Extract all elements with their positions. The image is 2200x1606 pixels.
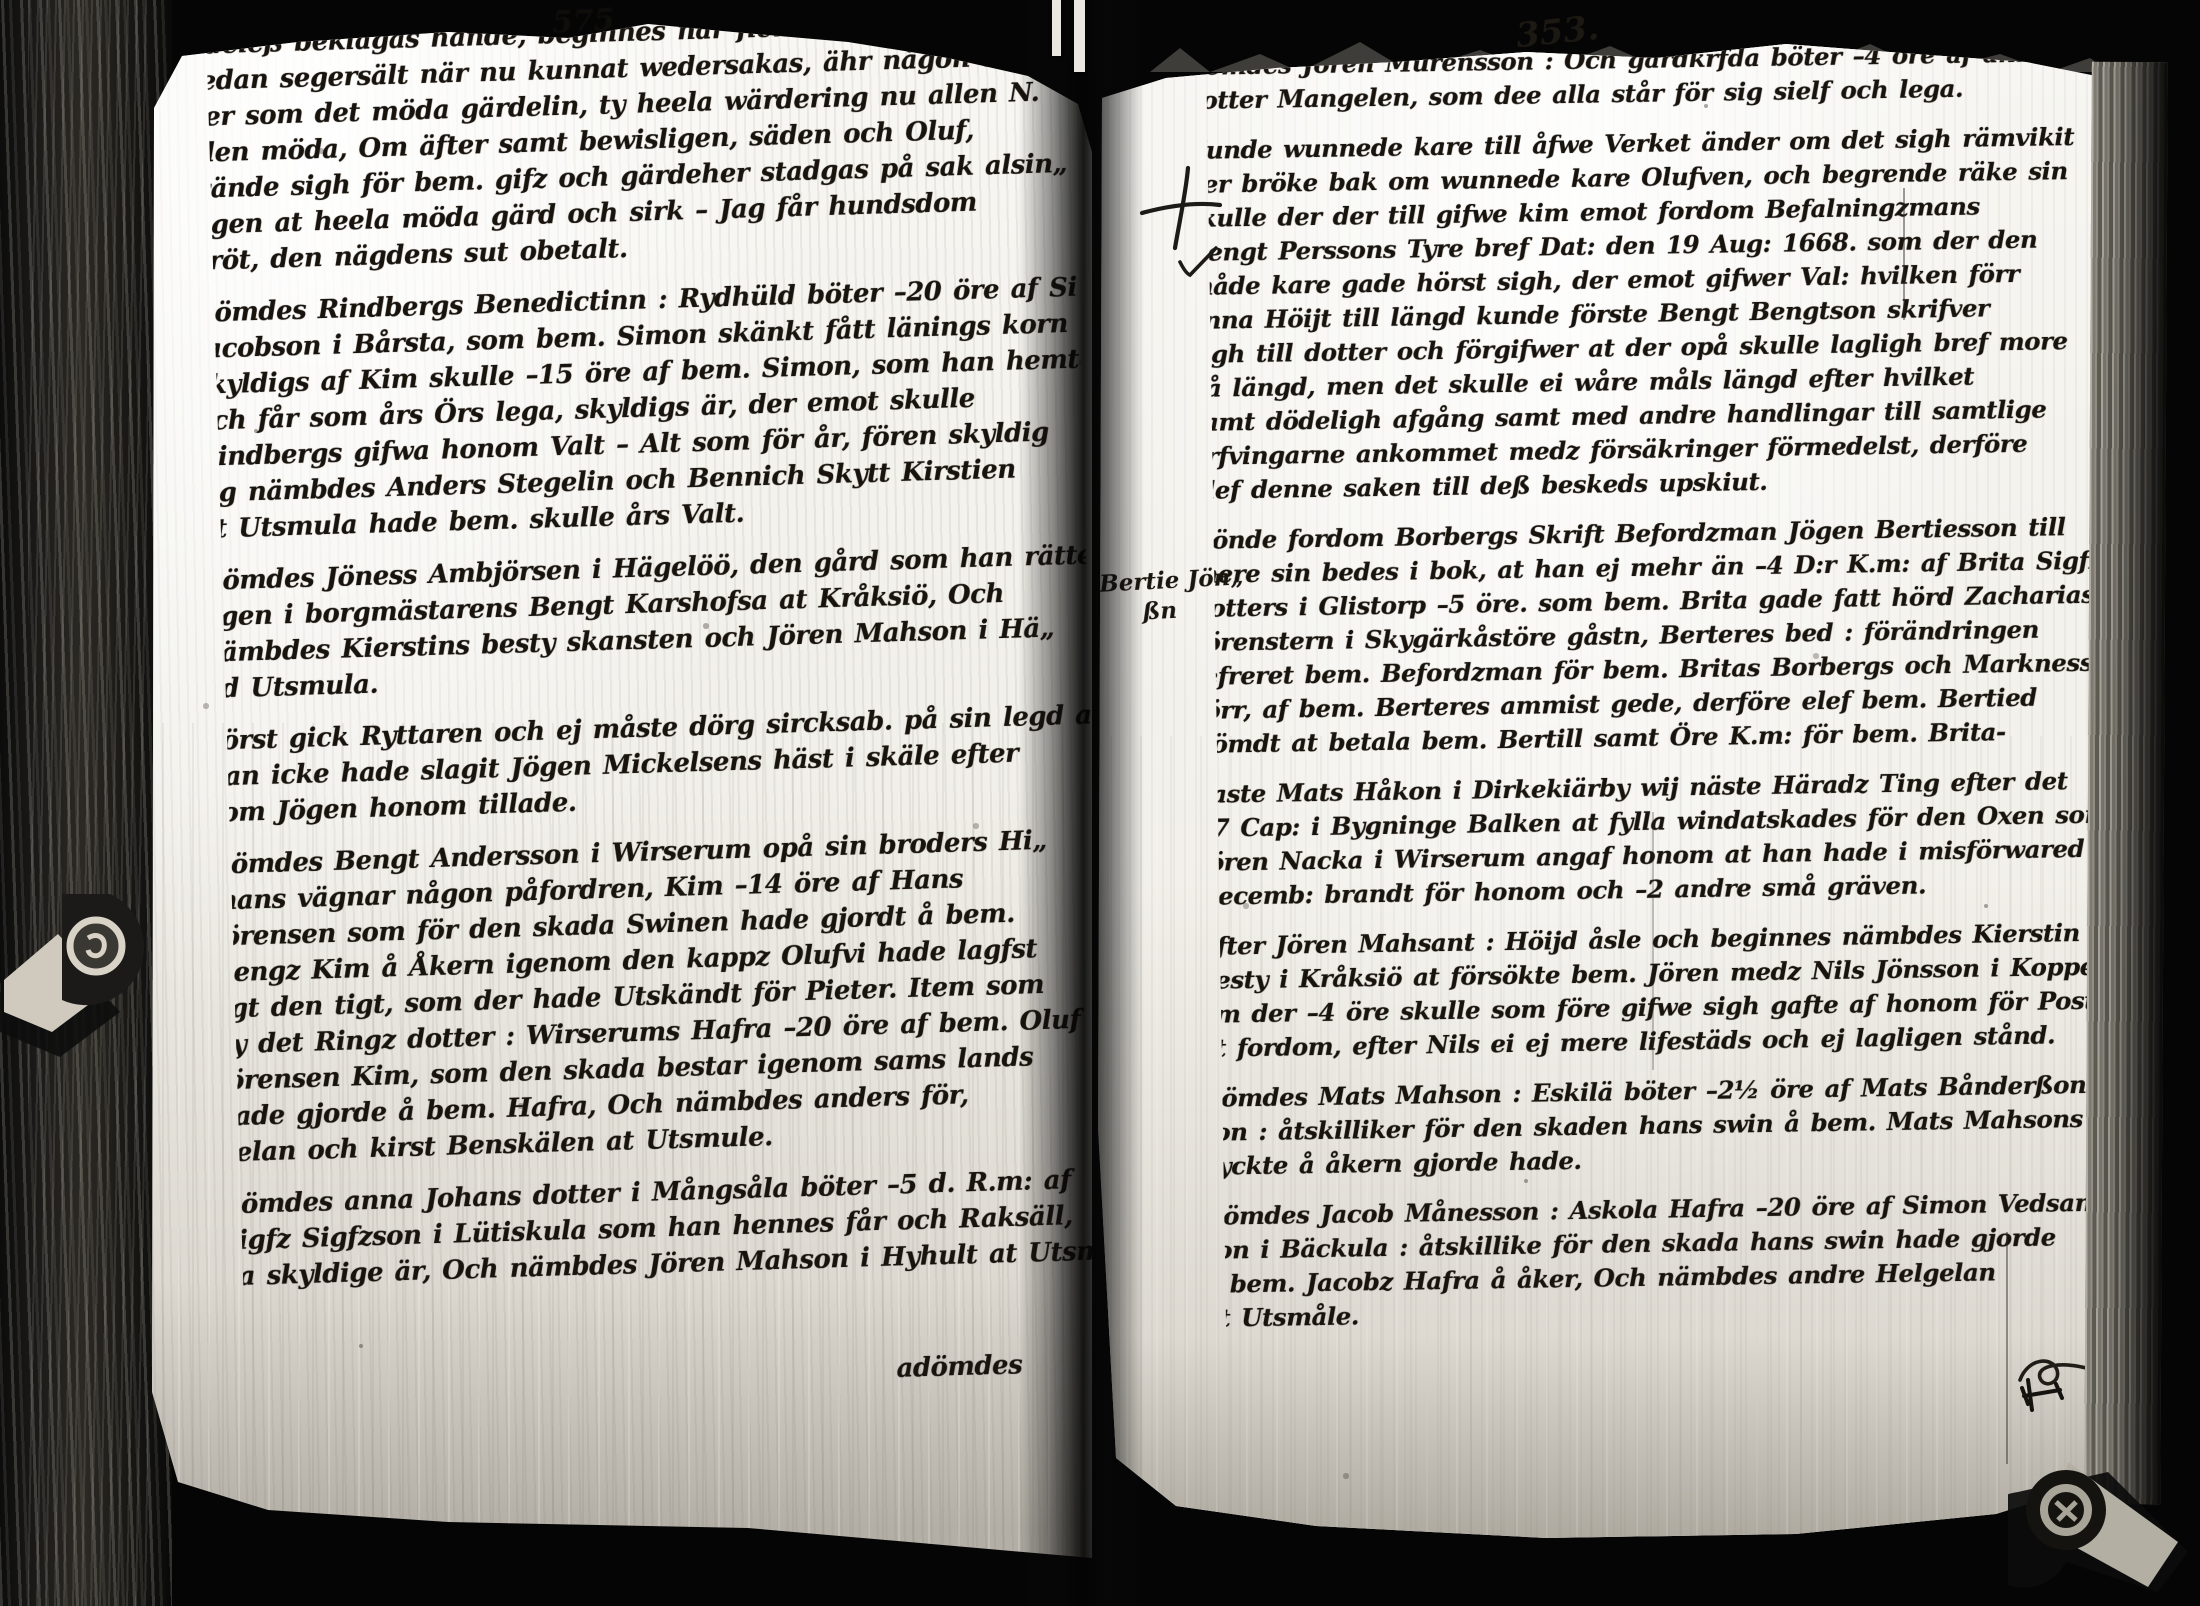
entry-paragraph: Dömdes Jacob Månesson : Askola Hafra –20… bbox=[1202, 1186, 2110, 1336]
entry-paragraph: Faste Mats Håkon i Dirkekiärby wij näste… bbox=[1195, 764, 2103, 914]
page-edge-stack bbox=[2084, 62, 2168, 1504]
margin-cross-icon bbox=[1136, 162, 1236, 292]
catchword-wrap: adömdes bbox=[184, 1344, 1071, 1408]
bookmark-ribbon bbox=[1052, 0, 1061, 56]
right-page: Dömdes Jören Murensson : Och gärdkrfda b… bbox=[1096, 28, 2132, 1568]
bookmark-ribbon bbox=[1074, 0, 1085, 72]
dust-speckles bbox=[0, 0, 2, 2]
entry-paragraph: Dömdes Rindbergs Benedictinn : Rydhüld b… bbox=[192, 270, 1085, 548]
crease-line bbox=[2006, 1232, 2008, 1464]
edge-cross-mark-icon bbox=[2016, 1374, 2066, 1420]
book-clasp-right-icon bbox=[2008, 1432, 2188, 1592]
entry-paragraph: Dömdes Jöness Ambjörsen i Hägelöö, den g… bbox=[200, 537, 1090, 707]
margin-check-icon bbox=[1180, 248, 1216, 275]
binding-page-edges bbox=[28, 0, 148, 1606]
entry-paragraph: Dömdes Bengt Andersson i Wirserum opå si… bbox=[208, 821, 1103, 1171]
left-page: Adeleß beklagas hände, beginnes när fien… bbox=[148, 12, 1092, 1558]
crease-line bbox=[1652, 812, 1654, 1070]
entry-paragraph: Först gick Ryttaren och ej måste dörg si… bbox=[205, 697, 1094, 831]
book-clasp-left-icon bbox=[0, 872, 160, 1062]
catchword: adömdes bbox=[184, 1346, 1071, 1408]
margin-note: Bertie Jön„ ßn bbox=[1099, 562, 1246, 629]
entry-paragraph: Dömdes Mats Mahson : Eskilä böter –2½ ör… bbox=[1200, 1068, 2107, 1184]
right-page-text: Dömdes Jören Murensson : Och gärdkrfda b… bbox=[1184, 36, 2110, 1352]
left-page-text: Adeleß beklagas hände, beginnes när fien… bbox=[184, 2, 1108, 1312]
entry-paragraph: Bönde fordom Borbergs Skrift Befordzman … bbox=[1191, 510, 2101, 762]
book-spread-photo: Adeleß beklagas hände, beginnes när fien… bbox=[0, 0, 2200, 1606]
entry-paragraph: Kunde wunnede kare till åfwe Verket ände… bbox=[1185, 120, 2097, 508]
crease-line bbox=[1903, 188, 1905, 320]
entry-paragraph: Adeleß beklagas hände, beginnes när fien… bbox=[184, 2, 1077, 280]
left-page-number: 575 bbox=[551, 2, 615, 40]
entry-paragraph: Dömdes anna Johans dotter i Mångsåla böt… bbox=[218, 1161, 1107, 1295]
